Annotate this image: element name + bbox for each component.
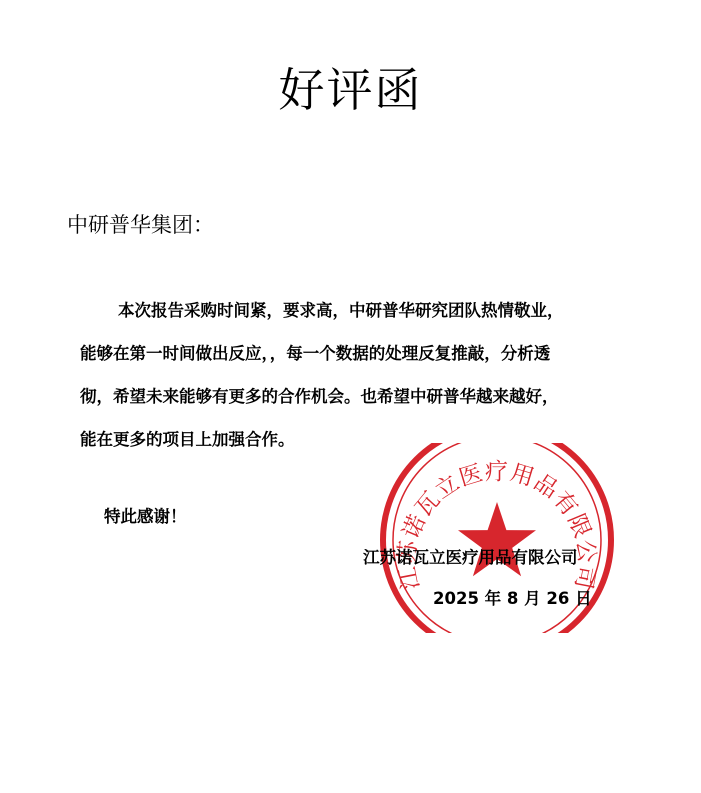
signatory-company: 江苏诺瓦立医疗用品有限公司: [363, 544, 578, 572]
body-line: 彻，希望未来能够有更多的合作机会。也希望中研普华越来越好，: [80, 375, 625, 418]
letter-body: 本次报告采购时间紧，要求高，中研普华研究团队热情敬业， 能够在第一时间做出反应，…: [80, 289, 625, 461]
body-line: 能够在第一时间做出反应，，每一个数据的处理反复推敲，分析透: [80, 332, 625, 375]
letter-date: 2025 年 8 月 26 日: [433, 585, 592, 613]
document-title: 好评函: [0, 60, 701, 120]
recipient-salutation: 中研普华集团：: [67, 210, 214, 240]
body-line: 本次报告采购时间紧，要求高，中研普华研究团队热情敬业，: [80, 289, 625, 332]
closing-thanks: 特此感谢！: [104, 503, 187, 531]
